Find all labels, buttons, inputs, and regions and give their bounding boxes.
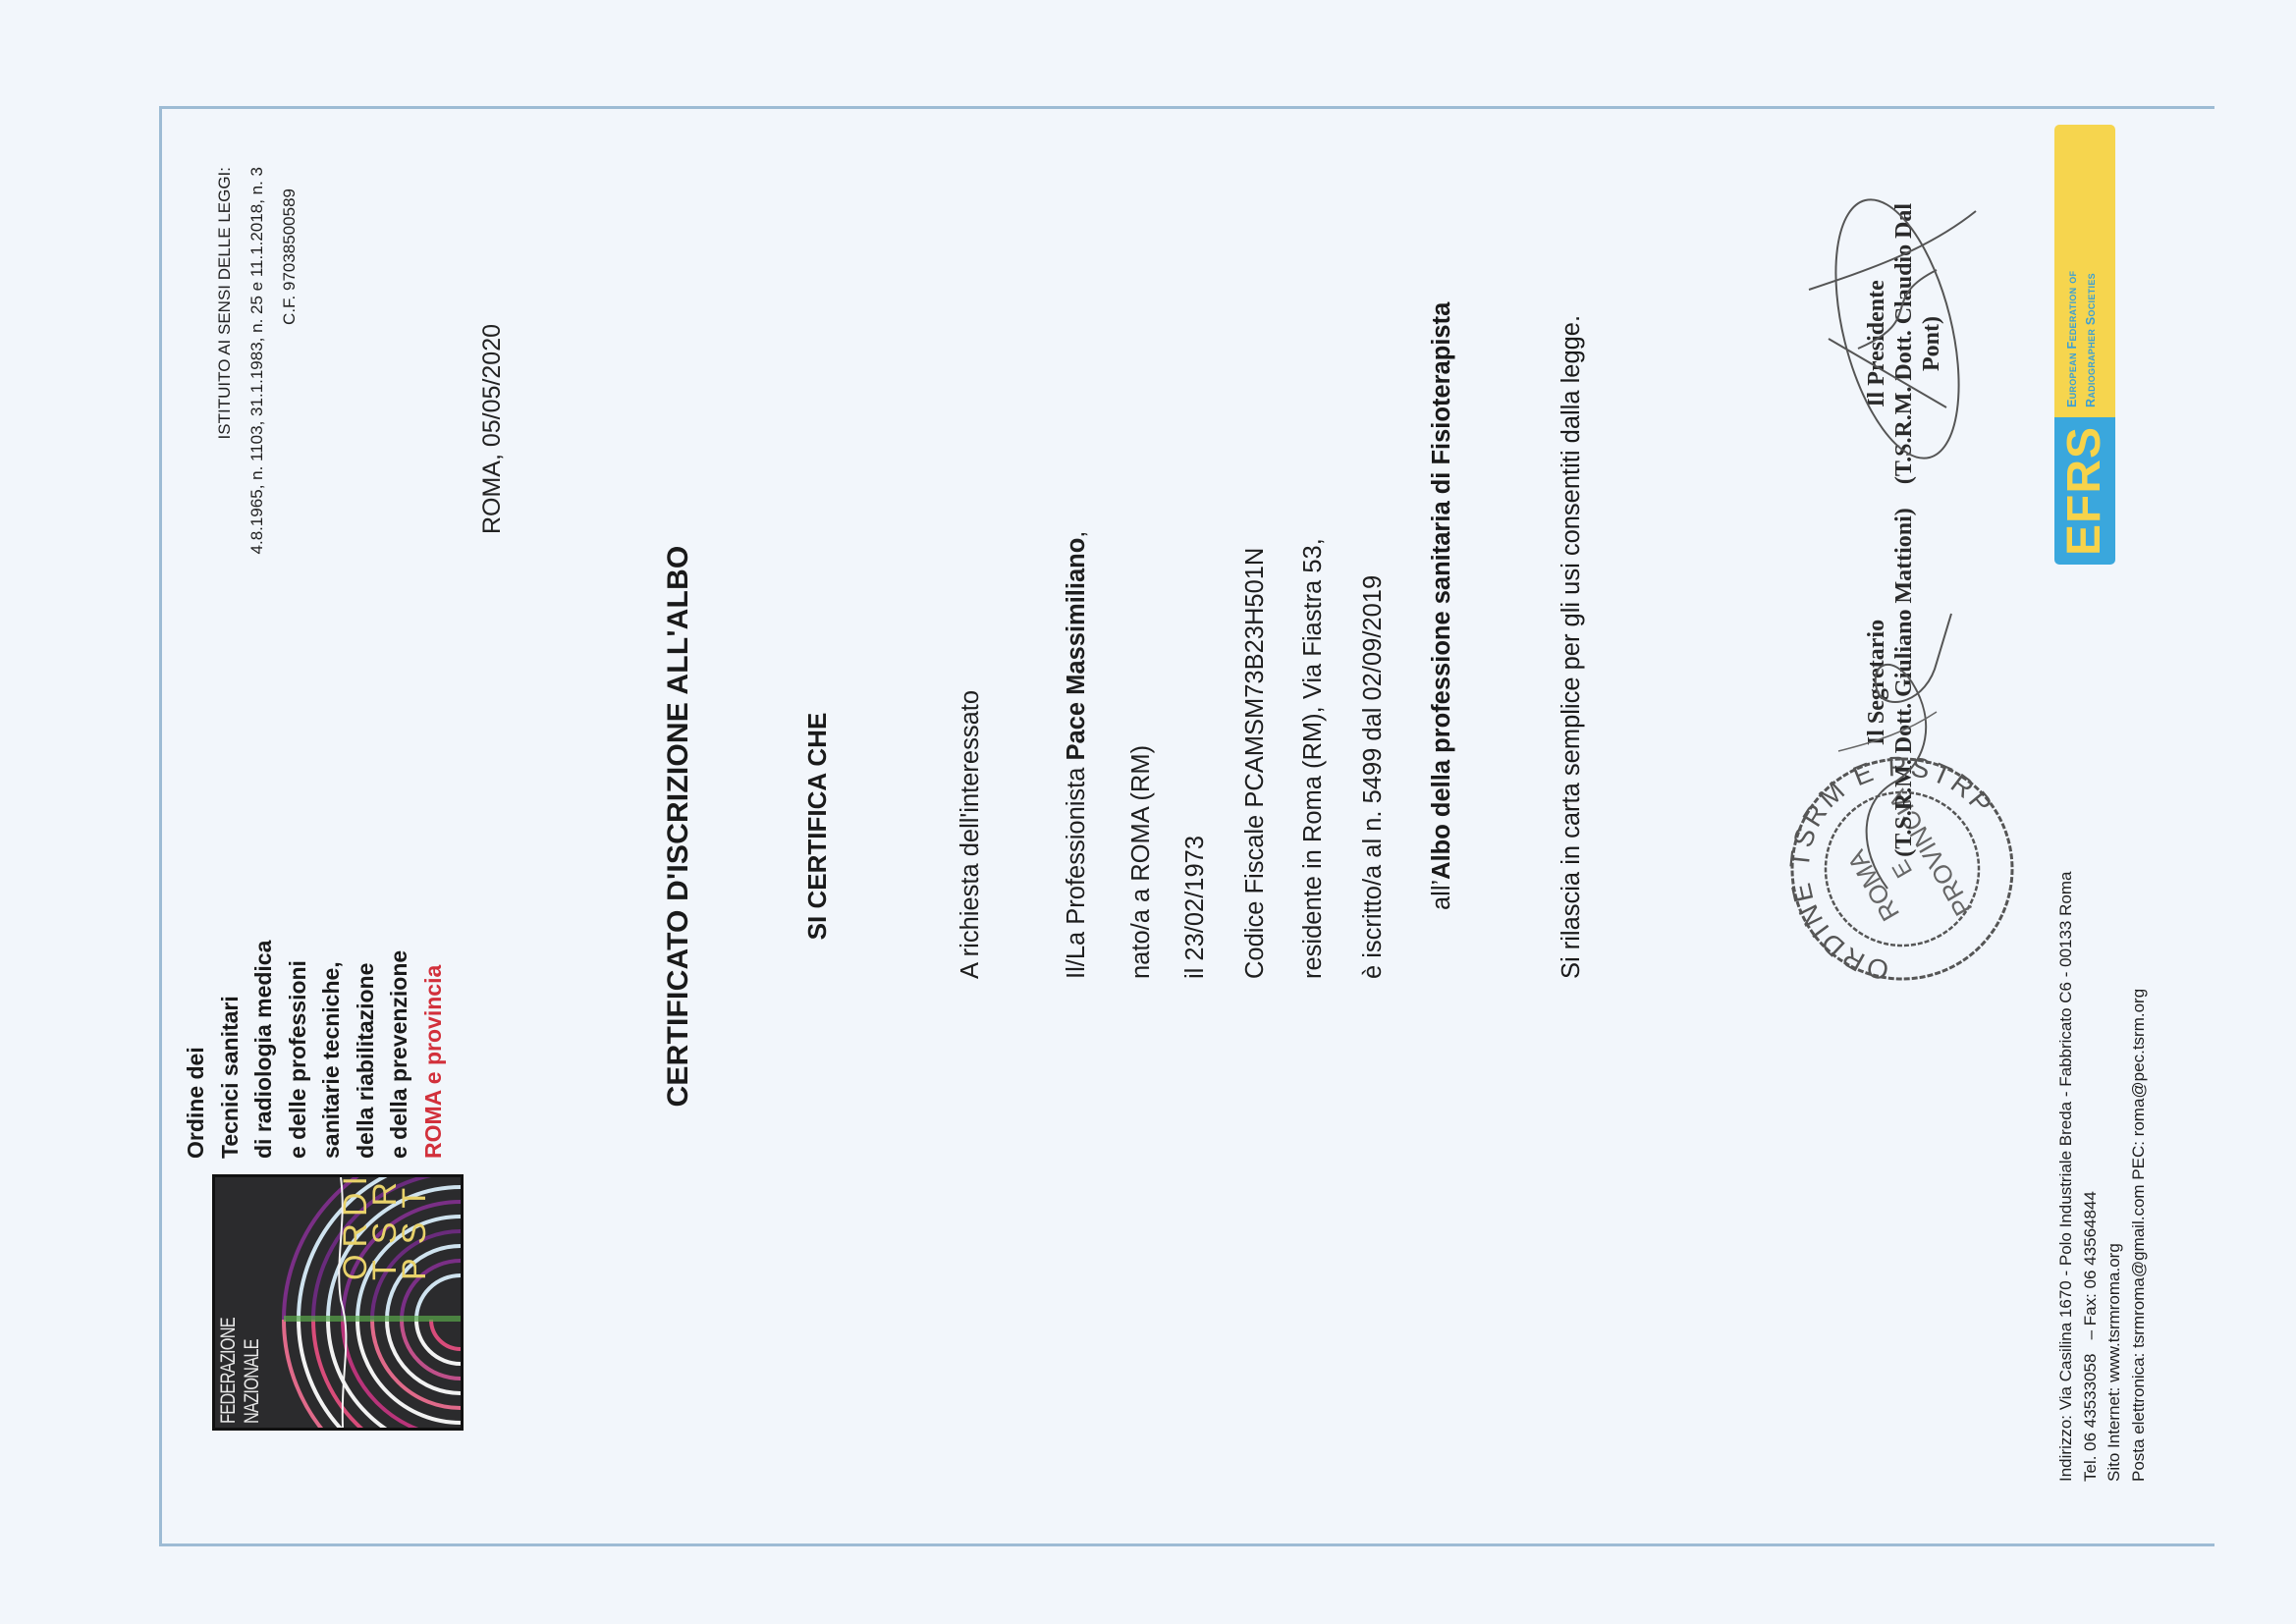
- albo-name: Albo della professione sanitaria di Fisi…: [1428, 302, 1455, 880]
- president-signature-scribble-icon: [1789, 182, 1986, 466]
- efrs-text: European Federation of Radiographer Soci…: [2054, 125, 2115, 417]
- certificate-subtitle: SI CERTIFICA CHE: [802, 106, 833, 1546]
- request-line: A richiesta dell'interessato: [957, 690, 985, 979]
- logo-mark: ORDINI TSRM PSTRP: [341, 1174, 429, 1280]
- page-frame-bottom: [159, 1543, 2214, 1546]
- legal-line: C.F. 97038500589: [273, 189, 305, 554]
- legal-line: ISTITUITO AI SENSI DELLE LEGGI:: [208, 167, 241, 554]
- albo-prefix: all’: [1428, 880, 1455, 910]
- org-region-rest: e provincia: [420, 965, 446, 1084]
- birthplace-line: nato/a a ROMA (RM): [1127, 745, 1156, 979]
- place-date: ROMA, 05/05/2020: [478, 324, 507, 534]
- fiscal-code-line: Codice Fiscale PCAMSM73B23H501N: [1241, 548, 1270, 979]
- professional-suffix: ,: [1063, 531, 1090, 538]
- organization-name: Ordine dei Tecnici sanitari di radiologi…: [179, 941, 450, 1159]
- efrs-logo: EFRS European Federation of Radiographer…: [2054, 125, 2115, 565]
- org-line: Tecnici sanitari: [213, 941, 247, 1159]
- org-line: di radiologia medica: [246, 941, 281, 1159]
- org-line: sanitarie tecniche,: [314, 941, 349, 1159]
- footer-address: Indirizzo: Via Casilina 1670 - Polo Indu…: [2054, 872, 2079, 1482]
- efrs-line: Radiographer Societies: [2082, 125, 2101, 407]
- footer-phone-fax: Tel. 06 43533058 – Fax: 06 43564844: [2079, 872, 2104, 1482]
- certificate-title: CERTIFICATO D'ISCRIZIONE ALL'ALBO: [662, 106, 695, 1546]
- birthdate-line: il 23/02/1973: [1181, 836, 1210, 979]
- footer-email: Posta elettronica: tsrmroma@gmail.com PE…: [2127, 872, 2152, 1482]
- footer-contacts: Indirizzo: Via Casilina 1670 - Polo Indu…: [2054, 872, 2151, 1482]
- page-frame-top: [159, 106, 162, 1546]
- residence-line: residente in Roma (RM), Via Fiastra 53,: [1299, 538, 1328, 979]
- registration-line: è iscritto/a al n. 5499 dal 02/09/2019: [1359, 575, 1388, 979]
- org-region-city: ROMA: [420, 1091, 446, 1159]
- professional-prefix: Il/La Professionista: [1063, 760, 1090, 979]
- org-line: della riabilitazione: [349, 941, 383, 1159]
- legal-line: 4.8.1965, n. 1103, 31.1.1983, n. 25 e 11…: [241, 167, 273, 554]
- secretary-signature-scribble-icon: [1819, 594, 1966, 908]
- org-line: e della prevenzione: [382, 941, 416, 1159]
- release-note: Si rilascia in carta semplice per gli us…: [1558, 315, 1586, 979]
- logo-mark-line: PSTRP: [400, 1174, 429, 1280]
- org-region: ROMA e provincia: [416, 941, 451, 1159]
- org-line: e delle professioni: [281, 941, 315, 1159]
- legal-info: ISTITUITO AI SENSI DELLE LEGGI: 4.8.1965…: [208, 167, 305, 554]
- professional-line: Il/La Professionista Pace Massimiliano,: [1063, 531, 1091, 979]
- certificate-page: FEDERAZIONE NAZIONALE ORDINI TSRM PSTRP …: [159, 106, 2214, 1546]
- federazione-logo: FEDERAZIONE NAZIONALE ORDINI TSRM PSTRP: [212, 1174, 464, 1431]
- org-line: Ordine dei: [179, 941, 213, 1159]
- efrs-line: European Federation of: [2063, 125, 2082, 407]
- logo-caption: FEDERAZIONE NAZIONALE: [217, 1231, 264, 1424]
- albo-line: all’Albo della professione sanitaria di …: [1428, 302, 1456, 910]
- footer-website: Sito Internet: www.tsrmroma.org: [2103, 872, 2127, 1482]
- page-frame-right: [159, 106, 2214, 109]
- professional-name: Pace Massimiliano: [1063, 538, 1090, 761]
- efrs-mark: EFRS: [2054, 417, 2115, 565]
